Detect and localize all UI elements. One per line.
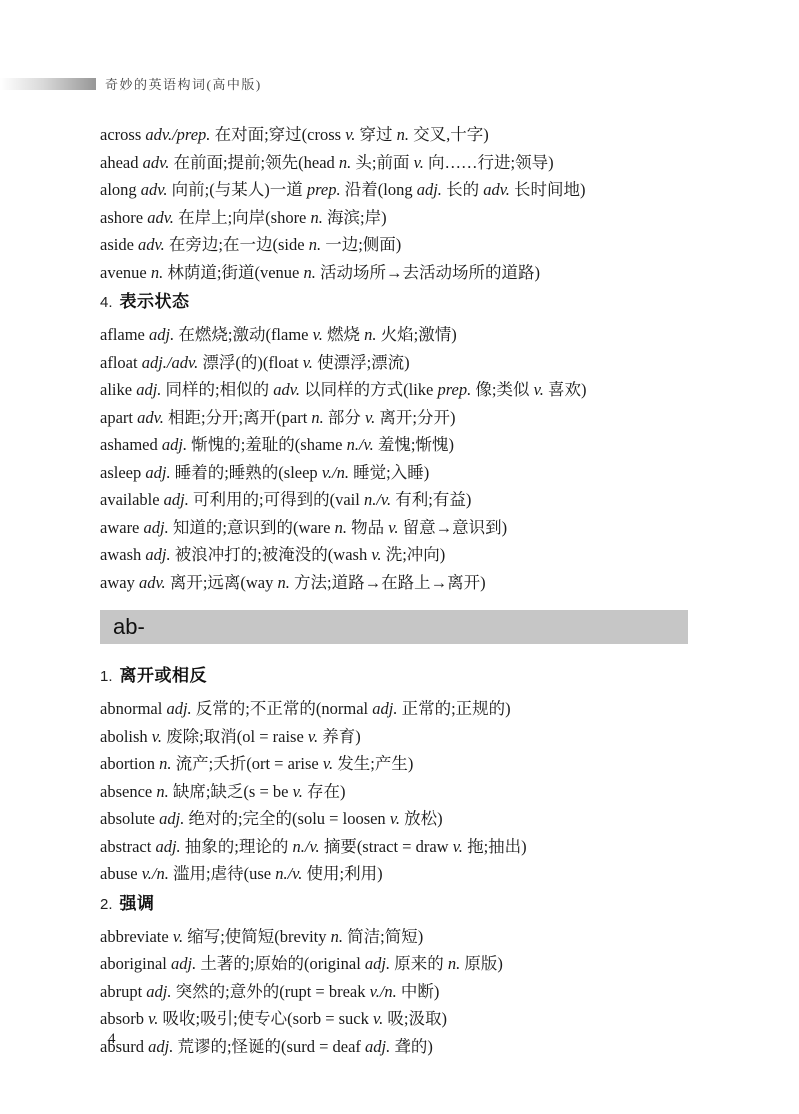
section-number: 4. xyxy=(100,294,113,311)
vocabulary-entry: ashore adv. 在岸上;向岸(shore n. 海滨;岸) xyxy=(100,204,691,232)
vocabulary-entry: abrupt adj. 突然的;意外的(rupt = break v./n. 中… xyxy=(100,978,691,1006)
vocabulary-entry: aflame adj. 在燃烧;激动(flame v. 燃烧 n. 火焰;激情) xyxy=(100,321,691,349)
running-header: 奇妙的英语构词(高中版) xyxy=(0,74,262,93)
page-number: 4 xyxy=(108,1031,116,1048)
vocabulary-entry: available adj. 可利用的;可得到的(vail n./v. 有利;有… xyxy=(100,486,691,514)
vocabulary-entry: abbreviate v. 缩写;使简短(brevity n. 简洁;简短) xyxy=(100,923,691,951)
prefix-banner: ab- xyxy=(100,610,688,644)
vocabulary-entry: aware adj. 知道的;意识到的(ware n. 物品 v. 留意→意识到… xyxy=(100,514,691,542)
vocabulary-entry: afloat adj./adv. 漂浮(的)(float v. 使漂浮;漂流) xyxy=(100,349,691,377)
section-number: 2. xyxy=(100,896,113,913)
vocabulary-entry: abolish v. 废除;取消(ol = raise v. 养育) xyxy=(100,723,691,751)
section-label: 表示状态 xyxy=(120,292,190,311)
section-label: 离开或相反 xyxy=(120,666,208,685)
vocabulary-entry: abnormal adj. 反常的;不正常的(normal adj. 正常的;正… xyxy=(100,695,691,723)
vocabulary-entry: along adv. 向前;(与某人)一道 prep. 沿着(long adj.… xyxy=(100,176,691,204)
vocabulary-entry: apart adv. 相距;分开;离开(part n. 部分 v. 离开;分开) xyxy=(100,404,691,432)
vocabulary-entry: across adv./prep. 在对面;穿过(cross v. 穿过 n. … xyxy=(100,121,691,149)
vocabulary-entry: abortion n. 流产;夭折(ort = arise v. 发生;产生) xyxy=(100,750,691,778)
vocabulary-entry: away adv. 离开;远离(way n. 方法;道路→在路上→离开) xyxy=(100,569,691,597)
vocabulary-entry: absence n. 缺席;缺乏(s = be v. 存在) xyxy=(100,778,691,806)
vocabulary-entry: absolute adj. 绝对的;完全的(solu = loosen v. 放… xyxy=(100,805,691,833)
vocabulary-entry: asleep adj. 睡着的;睡熟的(sleep v./n. 睡觉;入睡) xyxy=(100,459,691,487)
vocabulary-entry: ashamed adj. 惭愧的;羞耻的(shame n./v. 羞愧;惭愧) xyxy=(100,431,691,459)
header-gradient-bar xyxy=(0,78,96,90)
vocabulary-entry: absorb v. 吸收;吸引;使专心(sorb = suck v. 吸;汲取) xyxy=(100,1005,691,1033)
section-heading: 4.表示状态 xyxy=(100,290,691,315)
vocabulary-entry: awash adj. 被浪冲打的;被淹没的(wash v. 洗;冲向) xyxy=(100,541,691,569)
section-number: 1. xyxy=(100,668,113,685)
vocabulary-entry: abstract adj. 抽象的;理论的 n./v. 摘要(stract = … xyxy=(100,833,691,861)
vocabulary-entry: aside adv. 在旁边;在一边(side n. 一边;侧面) xyxy=(100,231,691,259)
book-title: 奇妙的英语构词(高中版) xyxy=(105,74,262,93)
section-heading: 1.离开或相反 xyxy=(100,664,691,689)
vocabulary-entry: aboriginal adj. 土著的;原始的(original adj. 原来… xyxy=(100,950,691,978)
section-label: 强调 xyxy=(120,894,155,913)
vocabulary-entry: ahead adv. 在前面;提前;领先(head n. 头;前面 v. 向……… xyxy=(100,149,691,177)
vocabulary-entry: alike adj. 同样的;相似的 adv. 以同样的方式(like prep… xyxy=(100,376,691,404)
section-heading: 2.强调 xyxy=(100,892,691,917)
vocabulary-entry: absurd adj. 荒谬的;怪诞的(surd = deaf adj. 聋的) xyxy=(100,1033,691,1061)
vocabulary-entry: abuse v./n. 滥用;虐待(use n./v. 使用;利用) xyxy=(100,860,691,888)
vocabulary-content: across adv./prep. 在对面;穿过(cross v. 穿过 n. … xyxy=(100,121,691,1060)
vocabulary-entry: avenue n. 林荫道;街道(venue n. 活动场所→去活动场所的道路) xyxy=(100,259,691,287)
book-page: 奇妙的英语构词(高中版) across adv./prep. 在对面;穿过(cr… xyxy=(0,0,799,1114)
